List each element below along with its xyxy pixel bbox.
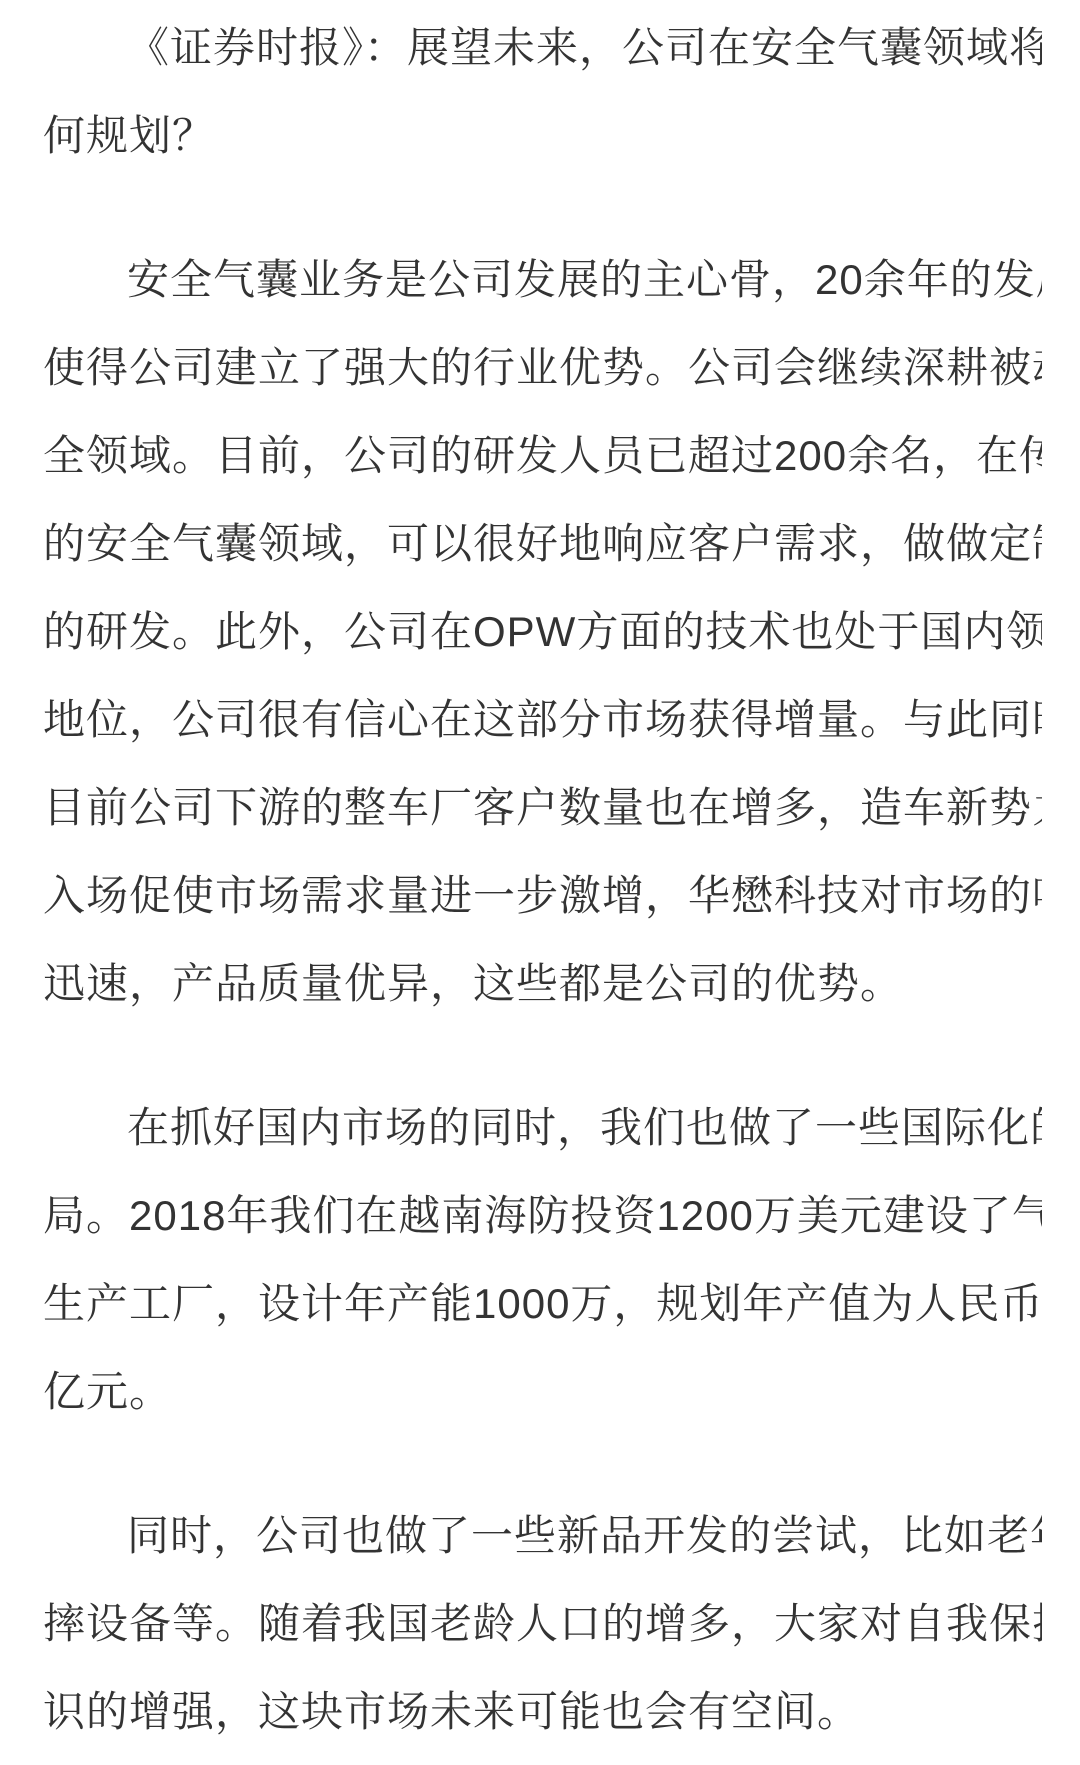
text-line: 亿元。 — [43, 1348, 1042, 1436]
text-line: 生产工厂，设计年产能1000万，规划年产值为人民币2.7 — [43, 1260, 1042, 1348]
text-line: 同时，公司也做了一些新品开发的尝试，比如老年防 — [43, 1492, 1042, 1580]
page: { "page": { "background_color": "#ffffff… — [0, 0, 1080, 1765]
text-line: 局。2018年我们在越南海防投资1200万美元建设了气袋 — [43, 1172, 1042, 1260]
text-line: 何规划？ — [43, 92, 1042, 180]
article-body: 《证券时报》：展望未来，公司在安全气囊领域将如 何规划？ 安全气囊业务是公司发展… — [0, 0, 1080, 1765]
text-line: 识的增强，这块市场未来可能也会有空间。 — [43, 1668, 1042, 1756]
text-line: 地位，公司很有信心在这部分市场获得增量。与此同时， — [43, 676, 1042, 764]
text-line: 安全气囊业务是公司发展的主心骨，20余年的发展 — [43, 236, 1042, 324]
paragraph-answer-1: 安全气囊业务是公司发展的主心骨，20余年的发展 使得公司建立了强大的行业优势。公… — [43, 236, 1042, 1028]
text-line: 目前公司下游的整车厂客户数量也在增多，造车新势力的 — [43, 764, 1042, 852]
text-line: 全领域。目前，公司的研发人员已超过200余名，在传统 — [43, 412, 1042, 500]
text-line: 迅速，产品质量优异，这些都是公司的优势。 — [43, 940, 1042, 1028]
text-line: 《证券时报》：展望未来，公司在安全气囊领域将如 — [43, 4, 1042, 92]
text-line: 入场促使市场需求量进一步激增，华懋科技对市场的响应 — [43, 852, 1042, 940]
text-line: 的安全气囊领域，可以很好地响应客户需求，做做定制化 — [43, 500, 1042, 588]
paragraph-answer-2: 在抓好国内市场的同时，我们也做了一些国际化的布 局。2018年我们在越南海防投资… — [43, 1084, 1042, 1436]
text-line: 使得公司建立了强大的行业优势。公司会继续深耕被动安 — [43, 324, 1042, 412]
text-line: 在抓好国内市场的同时，我们也做了一些国际化的布 — [43, 1084, 1042, 1172]
paragraph-answer-3: 同时，公司也做了一些新品开发的尝试，比如老年防 摔设备等。随着我国老龄人口的增多… — [43, 1492, 1042, 1756]
text-line: 摔设备等。随着我国老龄人口的增多，大家对自我保护意 — [43, 1580, 1042, 1668]
paragraph-question: 《证券时报》：展望未来，公司在安全气囊领域将如 何规划？ — [43, 4, 1042, 180]
text-line: 的研发。此外，公司在OPW方面的技术也处于国内领先 — [43, 588, 1042, 676]
